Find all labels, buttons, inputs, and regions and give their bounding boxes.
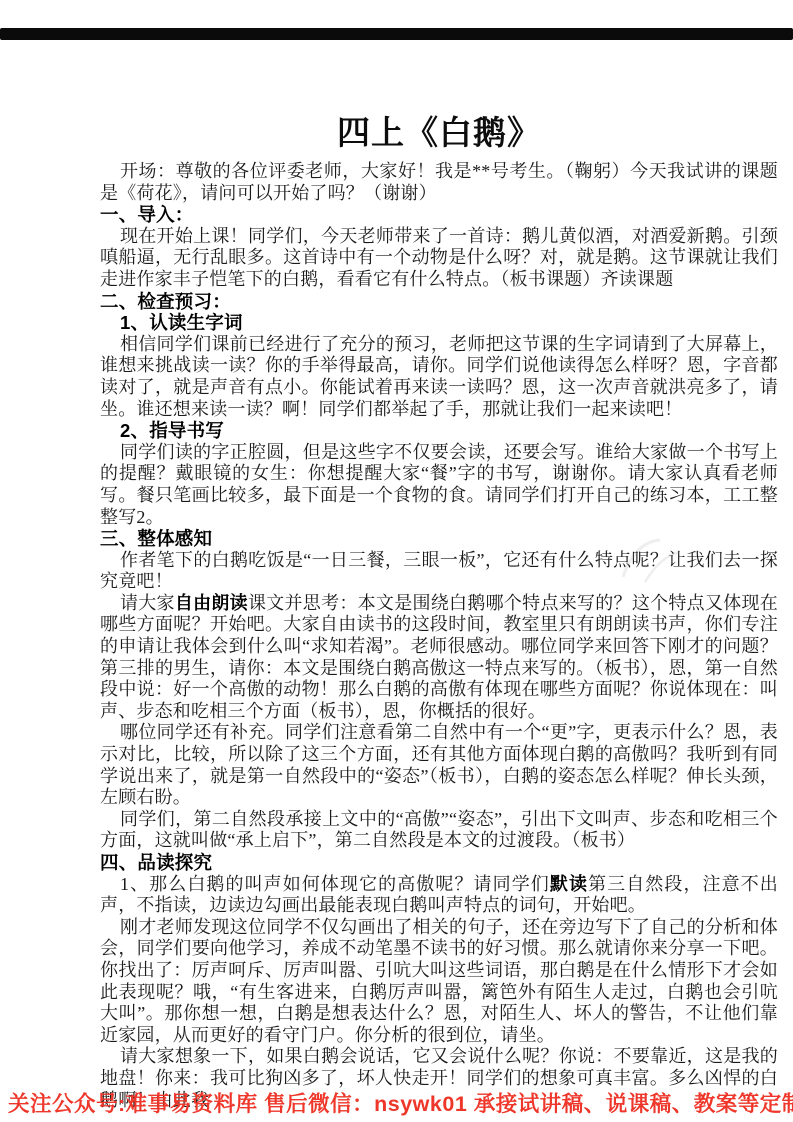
emphasized-term: 自由朗读 [175,593,248,613]
text-run: 刚才老师发现这位同学不仅勾画出了相关的句子，还在旁边写下了自己的分析和体会，同学… [100,917,778,1045]
text-run: 相信同学们课前已经进行了充分的预习，老师把这节课的生字词请到了大屏幕上，谁想来挑… [100,334,778,419]
text-run: 三、整体感知 [100,528,212,549]
emphasized-term: 默读 [550,874,588,894]
section-heading: 一、导入： [100,204,778,226]
paragraph: 请大家自由朗读课文并思考：本文是围绕白鹅哪个特点来写的？这个特点又体现在哪些方面… [100,593,778,723]
section-heading: 二、检查预习： [100,291,778,313]
section-heading: 1、认读生字词 [100,312,778,334]
section-heading: 三、整体感知 [100,528,778,550]
paragraph: 同学们读的字正腔圆，但是这些字不仅要会读，还要会写。谁给大家做一个书写上的提醒？… [100,442,778,528]
promo-footer: 关注公众号:难事易资料库 售后微信：nsywk01 承接试讲稿、说课稿、教案等定… [0,1090,793,1120]
text-run: 四、品读探究 [100,852,212,873]
text-run: 二、检查预习： [100,291,231,312]
text-run: 作者笔下的白鹅吃饭是“一日三餐，三眼一板”，它还有什么特点呢？让我们去一探究竟吧… [100,550,778,592]
text-run: 1、那么白鹅的叫声如何体现它的高傲呢？请同学们 [120,874,550,894]
text-run: 请大家 [120,593,175,613]
paragraph: 1、那么白鹅的叫声如何体现它的高傲呢？请同学们默读第三自然段，注意不出声，不指读… [100,874,778,917]
text-run: 1、认读生字词 [120,312,243,333]
text-run: 同学们，第二自然段承接上文中的“高傲”“姿态”，引出下文叫声、步态和吃相三个方面… [100,809,778,851]
paragraph: 同学们，第二自然段承接上文中的“高傲”“姿态”，引出下文叫声、步态和吃相三个方面… [100,809,778,852]
promo-footer-text: 关注公众号:难事易资料库 售后微信：nsywk01 承接试讲稿、说课稿、教案等定… [8,1092,793,1116]
scan-artifact-bar [0,28,793,40]
paragraph: 哪位同学还有补充。同学们注意看第二自然中有一个“更”字，更表示什么？恩，表示对比… [100,722,778,808]
text-run: 2、指导书写 [120,420,224,441]
document-body: 开场：尊敬的各位评委老师，大家好！我是**号考生。（鞠躬）今天我试讲的课题是《荷… [100,161,778,1111]
paragraph: 现在开始上课！同学们，今天老师带来了一首诗：鹅儿黄似酒，对酒爱新鹅。引颈嗔船逼，… [100,226,778,291]
text-run: 同学们读的字正腔圆，但是这些字不仅要会读，还要会写。谁给大家做一个书写上的提醒？… [100,442,778,527]
text-run: 开场：尊敬的各位评委老师，大家好！我是**号考生。（鞠躬）今天我试讲的课题是《荷… [100,161,778,203]
section-heading: 四、品读探究 [100,852,778,874]
paragraph: 作者笔下的白鹅吃饭是“一日三餐，三眼一板”，它还有什么特点呢？让我们去一探究竟吧… [100,550,778,593]
paragraph: 刚才老师发现这位同学不仅勾画出了相关的句子，还在旁边写下了自己的分析和体会，同学… [100,917,778,1047]
paragraph: 相信同学们课前已经进行了充分的预习，老师把这节课的生字词请到了大屏幕上，谁想来挑… [100,334,778,420]
document-title: 四上《白鹅》 [100,114,778,154]
text-run: 现在开始上课！同学们，今天老师带来了一首诗：鹅儿黄似酒，对酒爱新鹅。引颈嗔船逼，… [100,226,778,289]
section-heading: 2、指导书写 [100,420,778,442]
text-run: 一、导入： [100,204,194,225]
document-page: 四上《白鹅》 开场：尊敬的各位评委老师，大家好！我是**号考生。（鞠躬）今天我试… [0,0,793,1122]
paragraph: 开场：尊敬的各位评委老师，大家好！我是**号考生。（鞠躬）今天我试讲的课题是《荷… [100,161,778,204]
text-run: 哪位同学还有补充。同学们注意看第二自然中有一个“更”字，更表示什么？恩，表示对比… [100,722,778,807]
